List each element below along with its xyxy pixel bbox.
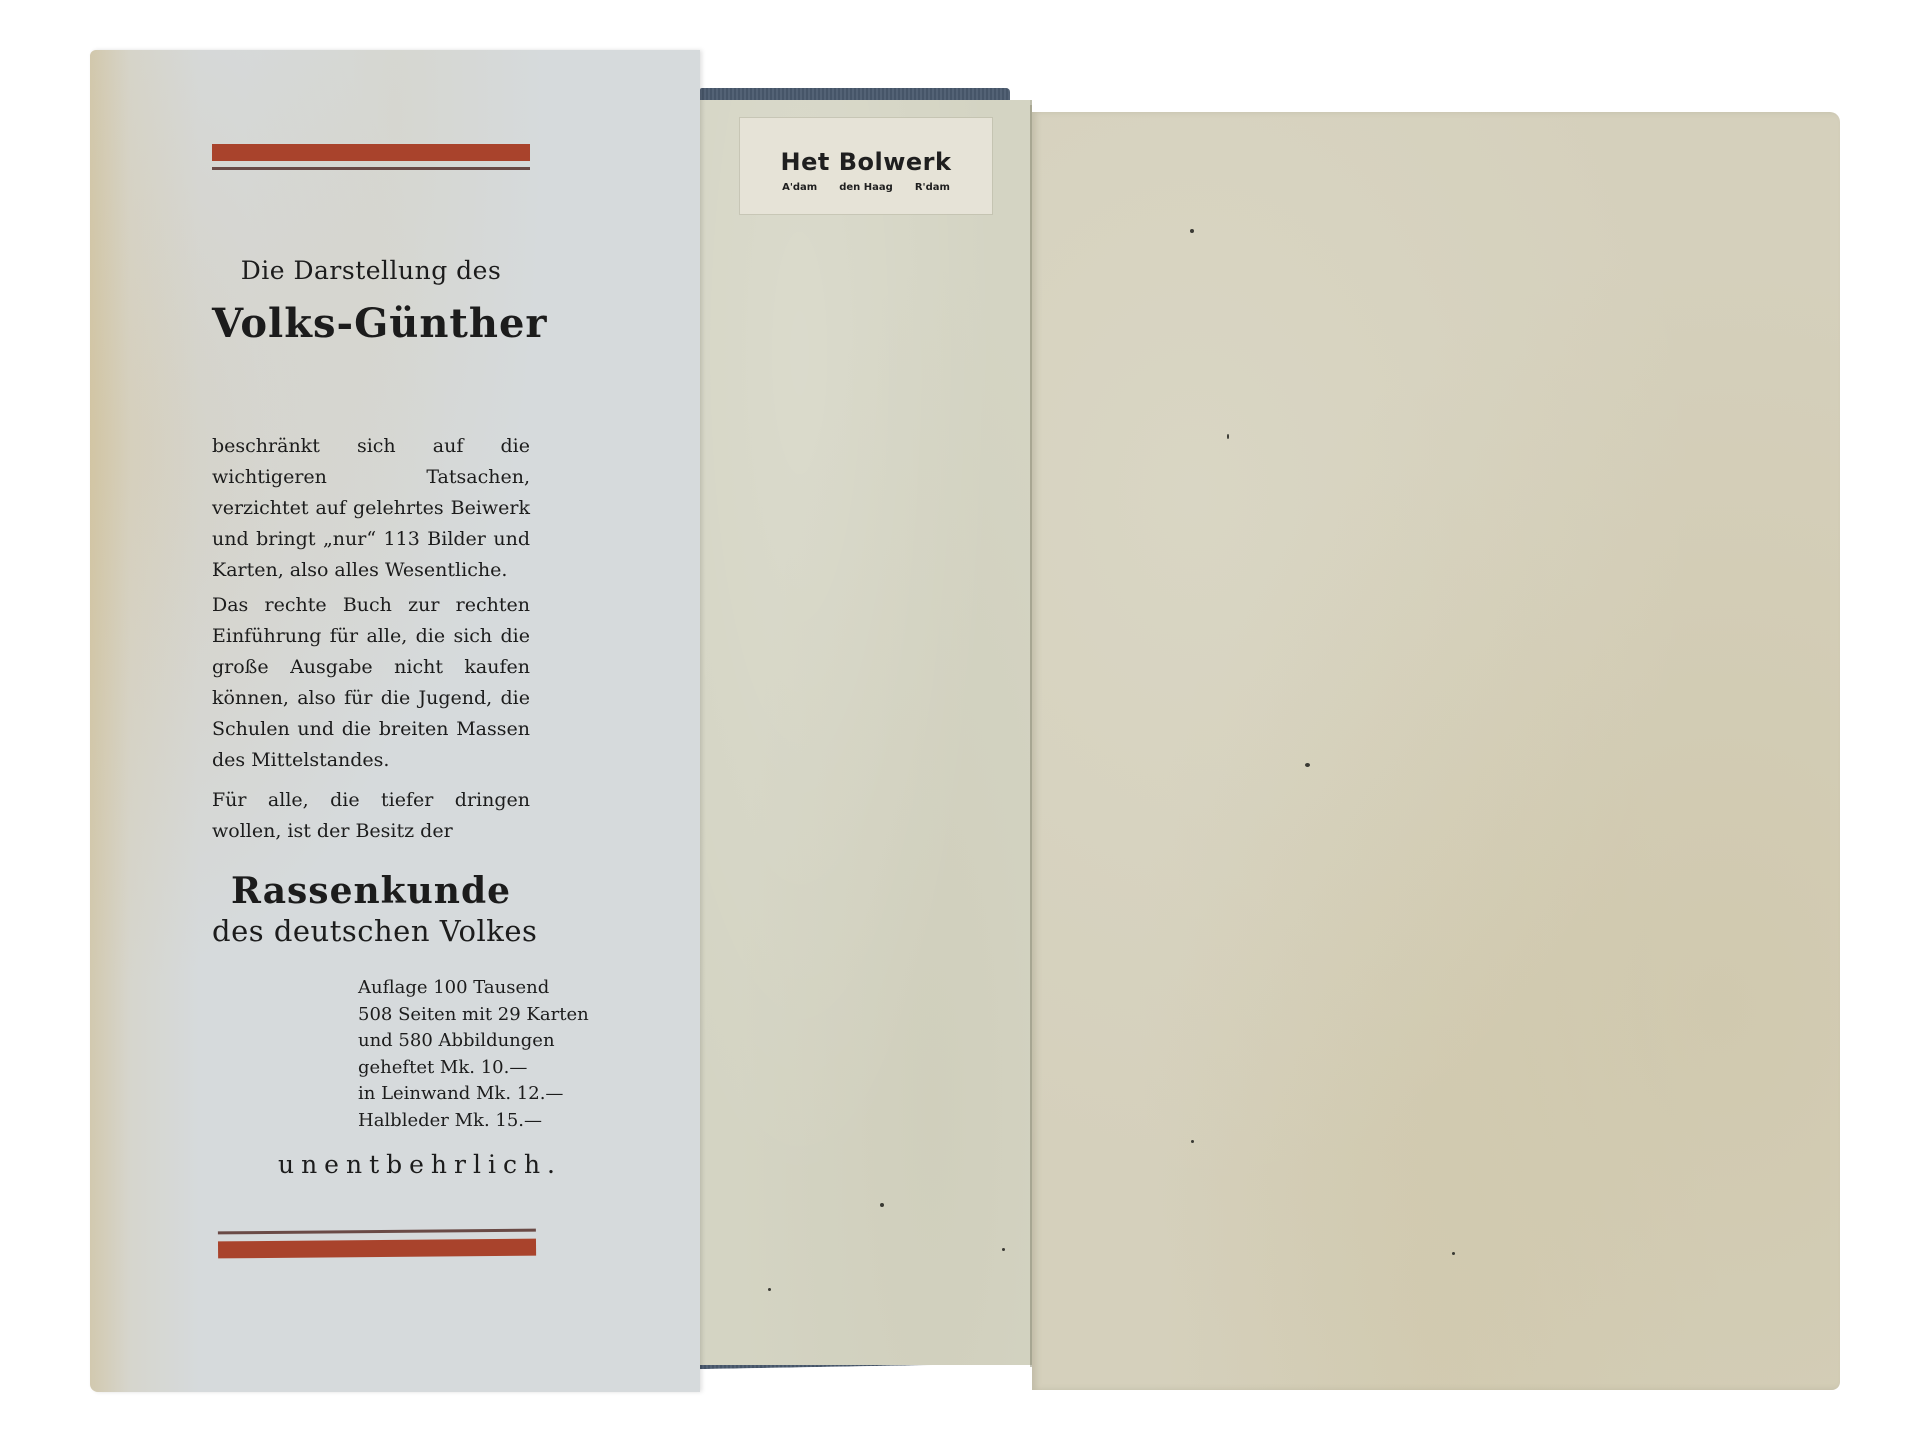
detail-line: und 580 Abbildungen — [358, 1028, 648, 1055]
flap-closing: unentbehrlich. — [200, 1150, 640, 1179]
paper-speck — [768, 1288, 771, 1291]
front-endpaper — [700, 100, 1032, 1365]
label-city: R'dam — [915, 182, 950, 193]
book-details: Auflage 100 Tausend 508 Seiten mit 29 Ka… — [358, 975, 648, 1134]
label-city: den Haag — [839, 182, 893, 193]
paper-speck — [1002, 1248, 1005, 1251]
detail-line: Auflage 100 Tausend — [358, 975, 648, 1002]
dust-jacket-flap: Die Darstellung des Volks-Günther beschr… — [90, 50, 700, 1392]
flap-title: Volks-Günther — [212, 300, 530, 347]
rule-thick-bar — [218, 1239, 536, 1259]
detail-line: geheftet Mk. 10.— — [358, 1055, 648, 1082]
detail-line: Halbleder Mk. 15.— — [358, 1108, 648, 1135]
flap-paragraph: beschränkt sich auf die wichtigeren Tats… — [212, 431, 530, 586]
top-decorative-rule — [212, 144, 530, 170]
label-city: A'dam — [782, 182, 817, 193]
paper-speck — [1190, 229, 1194, 233]
label-title: Het Bolwerk — [740, 148, 992, 176]
flap-paragraph: Für alle, die tiefer dringen wollen, ist… — [212, 785, 530, 847]
page-hinge — [1030, 105, 1032, 1367]
advertised-book-title: Rassenkunde — [212, 870, 530, 912]
paper-speck — [1191, 1140, 1194, 1143]
detail-line: in Leinwand Mk. 12.— — [358, 1081, 648, 1108]
rule-thin-bar — [212, 167, 530, 170]
advertised-book-subtitle: des deutschen Volkes — [212, 914, 530, 948]
paper-speck — [1227, 434, 1229, 439]
rule-thick-bar — [212, 144, 530, 161]
right-blank-page — [1032, 112, 1840, 1390]
paper-speck — [880, 1203, 884, 1207]
bottom-decorative-rule — [218, 1229, 536, 1259]
open-book-photo: Het Bolwerk A'dam den Haag R'dam Die Dar… — [0, 0, 1920, 1440]
paper-speck — [1305, 763, 1310, 767]
rule-thin-bar — [218, 1229, 536, 1235]
paper-speck — [1452, 1252, 1455, 1255]
label-cities: A'dam den Haag R'dam — [740, 182, 992, 193]
flap-paragraph: Das rechte Buch zur rechten Einführung f… — [212, 590, 530, 776]
bookseller-label: Het Bolwerk A'dam den Haag R'dam — [740, 118, 992, 214]
detail-line: 508 Seiten mit 29 Karten — [358, 1002, 648, 1029]
flap-intro: Die Darstellung des — [212, 256, 530, 285]
